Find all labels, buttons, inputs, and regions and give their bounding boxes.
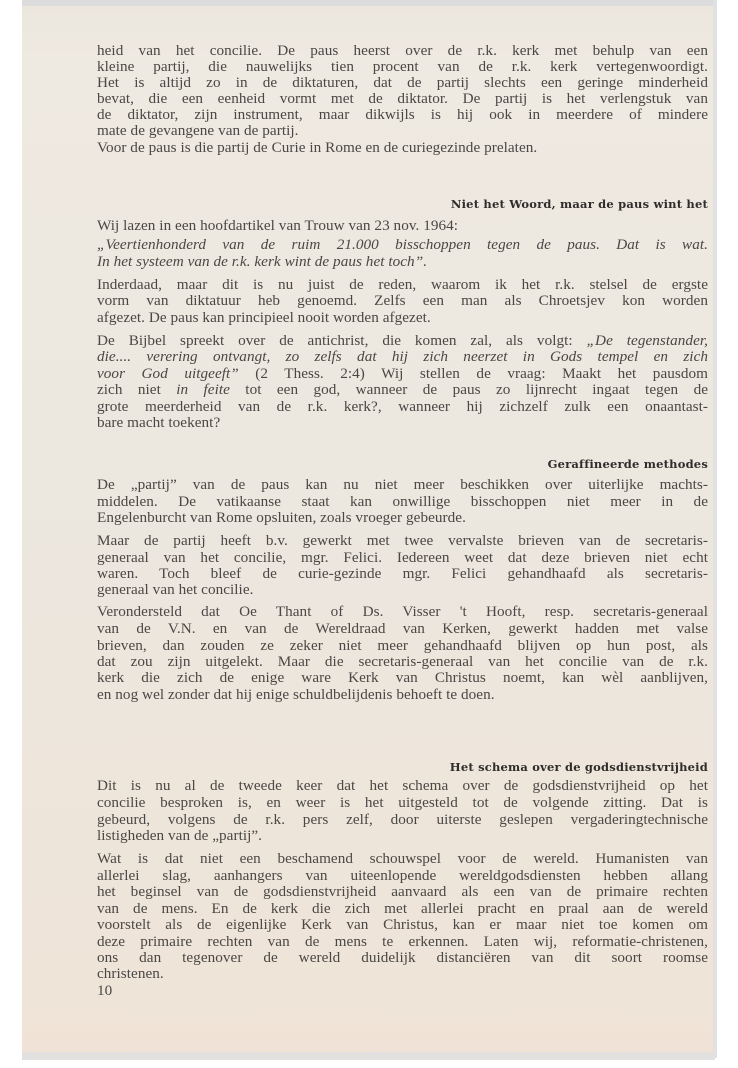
text-line: Verondersteld dat Oe Thant of Ds. Visser…: [97, 603, 708, 620]
text-line: dat zou zijn uitgelekt. Maar die secreta…: [97, 653, 708, 670]
text-line: generaal van het concilie.: [97, 581, 708, 598]
text-line: brieven, dan zouden ze zeker niet meer g…: [97, 637, 708, 654]
text-line: De Bijbel spreekt over de antichrist, di…: [97, 332, 708, 349]
text-line: Maar de partij heeft b.v. gewerkt met tw…: [97, 532, 708, 549]
text-line: ons dan tegenover de wereld duidelijk di…: [97, 949, 708, 966]
text-span: zich niet: [97, 381, 176, 398]
text-line: van de mens. En de kerk die zich met all…: [97, 900, 708, 917]
quote-text: voor God uitgeeft”: [97, 365, 239, 382]
text-line: Wat is dat niet een beschamend schouwspe…: [97, 850, 708, 867]
quote-line: die.... verering ontvangt, zo zelfs dat …: [97, 348, 708, 365]
text-line: afgezet. De paus kan principieel nooit w…: [97, 309, 708, 326]
quote-text: In het systeem van de r.k. kerk wint de …: [97, 253, 427, 270]
text-line: grote meerderheid van de r.k. kerk?, wan…: [97, 398, 708, 415]
text-line: deze primaire rechten van de mens te erk…: [97, 933, 708, 950]
text-line: heid van het concilie. De paus heerst ov…: [97, 42, 708, 59]
page-number: 10: [97, 982, 112, 999]
text-line: mate de gevangene van de partij.: [97, 122, 708, 139]
quote-line: „Veertienhonderd van de ruim 21.000 biss…: [97, 236, 708, 253]
quote-line: In het systeem van de r.k. kerk wint de …: [97, 253, 708, 270]
text-line: Engelenburcht van Rome opsluiten, zoals …: [97, 509, 708, 526]
text-line: Voor de paus is die partij de Curie in R…: [97, 139, 708, 156]
quote-text: die.... verering ontvangt, zo zelfs dat …: [97, 348, 708, 365]
text-span: De Bijbel spreekt over de antichrist, di…: [97, 332, 587, 349]
text-line: Inderdaad, maar dit is nu juist de reden…: [97, 276, 708, 293]
text-line: De „partij” van de paus kan nu niet meer…: [97, 476, 708, 493]
page-top-edge: [22, 0, 715, 6]
text-line: waren. Toch bleef de curie-gezinde mgr. …: [97, 565, 708, 582]
text-line: het beginsel van de godsdienstvrijheid a…: [97, 883, 708, 900]
quote-text: „De tegenstander,: [587, 332, 708, 349]
text-line: concilie besproken is, en weer is het ui…: [97, 794, 708, 811]
text-line: kerk die zich de enige ware Kerk van Chr…: [97, 669, 708, 686]
text-span: tot een god, wanneer de paus zo lijnrech…: [230, 381, 708, 398]
text-line: allerlei slag, aanhangers van uiteenlope…: [97, 867, 708, 884]
page-right-edge: [713, 0, 717, 1058]
text-line: christenen.: [97, 965, 708, 982]
text-line: van de V.N. en van de Wereldraad van Ker…: [97, 620, 708, 637]
text-line: bevat, die een eenheid vormt met de dikt…: [97, 90, 708, 107]
text-line: listigheden van de „partij”.: [97, 827, 708, 844]
text-line: zich niet in feite tot een god, wanneer …: [97, 381, 708, 398]
text-line: Het is altijd zo in de diktaturen, dat d…: [97, 74, 708, 91]
text-line: de diktator, zijn instrument, maar dikwi…: [97, 106, 708, 123]
text-line: vorm van diktatuur heb genoemd. Zelfs ee…: [97, 292, 708, 309]
text-line: en nog wel zonder dat hij enige schuldbe…: [97, 686, 708, 703]
text-line: gebeurd, volgens de r.k. pers zelf, door…: [97, 811, 708, 828]
text-line: voor God uitgeeft” (2 Thess. 2:4) Wij st…: [97, 365, 708, 382]
text-line: bare macht toekent?: [97, 414, 708, 431]
text-line: Wij lazen in een hoofdartikel van Trouw …: [97, 217, 708, 234]
emphasis-text: in feite: [176, 381, 230, 398]
page-bottom-edge: [22, 1052, 715, 1060]
text-line: generaal van het concilie, mgr. Felici. …: [97, 549, 708, 566]
section-heading: Niet het Woord, maar de paus wint het: [97, 197, 708, 211]
text-line: middelen. De vatikaanse staat kan onwill…: [97, 493, 708, 510]
quote-text: „Veertienhonderd van de ruim 21.000 biss…: [97, 236, 708, 253]
text-line: voorstelt als de eigenlijke Kerk van Chr…: [97, 916, 708, 933]
text-line: Dit is nu al de tweede keer dat het sche…: [97, 777, 708, 794]
text-line: kleine partij, die nauwelijks tien proce…: [97, 58, 708, 75]
section-heading: Het schema over de godsdienstvrijheid: [97, 760, 708, 774]
text-span: (2 Thess. 2:4) Wij stellen de vraag: Maa…: [239, 365, 708, 382]
section-heading: Geraffineerde methodes: [97, 457, 708, 471]
